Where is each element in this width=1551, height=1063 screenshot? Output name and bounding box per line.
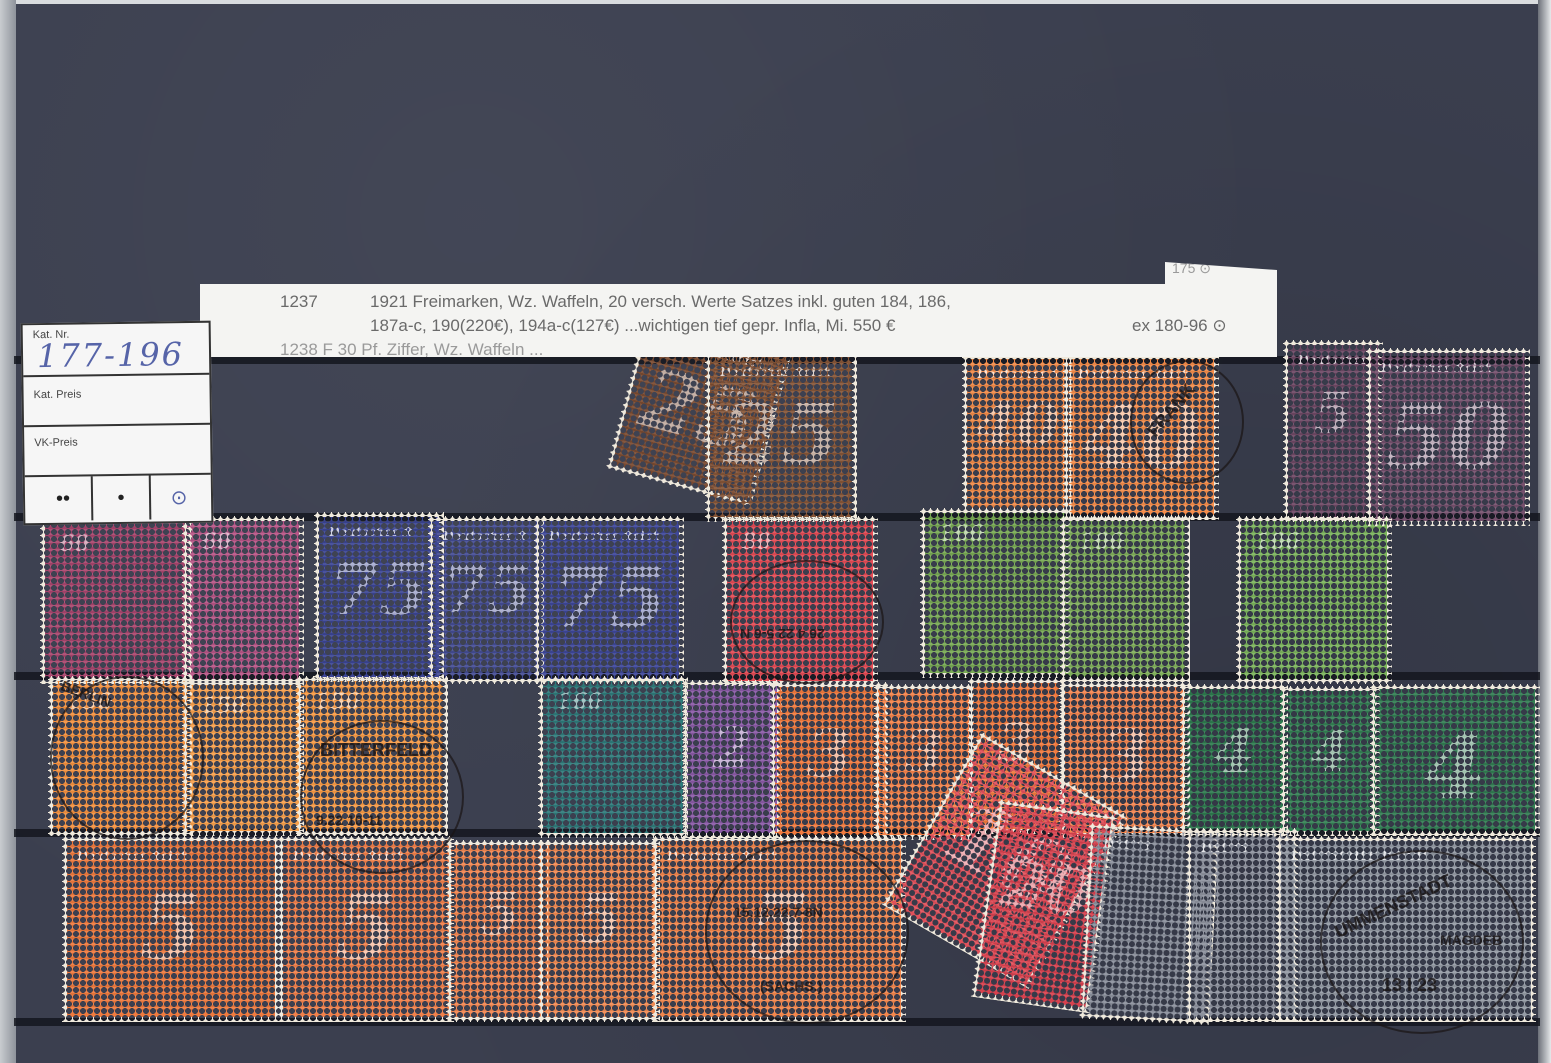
stamp-header: Deutsches R (443, 529, 531, 543)
stamp: 100 (920, 508, 1070, 678)
stamp: 2 (682, 680, 782, 838)
stamp: 150 (296, 676, 448, 836)
stamp-design: DEUTS (1195, 837, 1289, 1013)
stamp-design: 150 (57, 685, 183, 827)
stamp: Deutsches Reich40 (1063, 354, 1219, 520)
stamp: 5 (446, 840, 552, 1022)
lot-description-line-1: 1921 Freimarken, Wz. Waffeln, 20 versch.… (370, 292, 951, 312)
stamp-design: 2 (691, 689, 773, 829)
vk-preis-label: VK-Preis (34, 437, 78, 450)
stamp-value: 4 (1189, 723, 1279, 782)
stamp-design: 4 (1379, 693, 1531, 827)
stamp-header: Deutsches Reich (1381, 361, 1515, 375)
catalog-reference: ex 180-96 ⊙ (1132, 316, 1227, 336)
stamp-value: 100 (939, 523, 1061, 545)
stamp-value: 4 (1379, 722, 1531, 812)
stamp-design: 100 (1245, 525, 1383, 675)
stamp-header: Deutsches Reich (1078, 367, 1204, 381)
stamp-header: DEUTSCHES REICH (1291, 849, 1521, 863)
stamp-design: Deutsches Reich75 (543, 525, 675, 675)
stamp-value: 75 (437, 558, 537, 623)
vk-preis-row: VK-Preis (24, 425, 211, 478)
stamp-value: 80 (741, 531, 869, 553)
stamp-design: Deutsches Reich50 (1375, 357, 1521, 517)
stamp-header: Deutsches R (329, 525, 429, 539)
stamp: Deutsches Reich40 (962, 354, 1072, 522)
stamp-value: 100 (1079, 531, 1181, 553)
stamp-value: 75 (543, 558, 675, 641)
stamp-value: 5 (287, 882, 445, 972)
stamp-header: Deutsches Reich (667, 849, 891, 863)
stamp-value: 5 (661, 882, 897, 972)
stamp-design: 4 (1189, 693, 1279, 829)
stamp-design: 100 (1069, 525, 1181, 673)
stamp-value: 5 (547, 885, 651, 952)
stamp-design: Deutsches R75 (323, 521, 435, 673)
stamp: Deutsches Reich50 (1366, 348, 1530, 526)
stamp: Deutsches Reich5 (652, 836, 906, 1022)
stamp-value: 4 (1289, 724, 1371, 779)
stamp: DEUTSCHES REICH (1276, 836, 1536, 1022)
stamp-value: 5 (455, 885, 543, 943)
stamp-value: 2 (691, 720, 773, 775)
stamp-value: 40 (971, 396, 1063, 457)
stamp: 150 (182, 680, 304, 836)
stamp: Deutsches R75 (428, 516, 546, 684)
stamp: 100 (1060, 516, 1190, 682)
stamp-design: Deutsches5 (1292, 349, 1374, 513)
stamp-value: 150 (67, 691, 183, 713)
stamp: 60 (182, 516, 304, 684)
stamp-design: 60 (49, 527, 183, 675)
stamp-value: 160 (557, 691, 679, 713)
stamp-design: 150 (305, 685, 439, 827)
stamp-design: 160 (547, 685, 679, 829)
stamp: 4 (1280, 686, 1380, 836)
stamp-design: 100 (929, 517, 1061, 669)
stamp: 100 (1236, 516, 1392, 684)
condition-hinged: • (93, 476, 152, 521)
card-edge-right (1538, 0, 1551, 1063)
stamp-design: 150 (191, 689, 295, 827)
stamp-value: 3 (883, 723, 965, 778)
stamp: Deutsches R75 (314, 512, 444, 682)
condition-mint: •• (35, 476, 94, 521)
stamp: 4 (1180, 684, 1288, 838)
stamp: 80 (722, 516, 878, 686)
stamp-design: Deutsches R75 (437, 525, 537, 675)
stamp-design: Deutsches Reich40 (1072, 363, 1210, 511)
stamp-value: 3 (779, 722, 879, 787)
stamp-header: Deutsches (1298, 353, 1368, 367)
stamp-value: 150 (315, 691, 439, 713)
kat-nr-row: Kat. Nr. 177-196 (23, 323, 210, 378)
stamp-design: 60 (191, 525, 295, 675)
kat-nr-handwritten: 177-196 (37, 335, 184, 375)
stamp-design: DEUTSCHES REICH (1285, 845, 1527, 1013)
stamp-header: Deutsches Reich (977, 367, 1057, 381)
stamp-value: 3 (1069, 721, 1181, 793)
stamp-value: 40 (1072, 396, 1210, 482)
stamp-value: 5 (71, 882, 271, 972)
stamp-design: Deutsches Reich5 (71, 845, 271, 1013)
stamp-value: 25 (714, 394, 848, 478)
lot-number: 1237 (280, 292, 318, 312)
stamp-design: 80 (731, 525, 869, 677)
lot-description-line-2: 187a-c, 190(220€), 194a-c(127€) ...wicht… (370, 316, 895, 336)
stamp: 150 (48, 676, 192, 836)
stamp: 160 (538, 676, 688, 838)
stamp-value: 60 (59, 533, 183, 555)
stamp-header: DEUTS (1201, 841, 1283, 855)
stamp-header: Deutsches Reich (549, 529, 669, 543)
stamp-value: 60 (201, 531, 295, 553)
kat-preis-label: Kat. Preis (34, 388, 82, 401)
stamp-design: Deutsches Reich25 (714, 361, 848, 513)
stamp-design: Deutsches Reich5 (661, 845, 897, 1013)
stamp-value: 150 (201, 695, 295, 717)
stamp: 4 (1370, 684, 1540, 836)
stamp: 5 (538, 840, 660, 1022)
stamp-design: 4 (1289, 695, 1371, 827)
stamp-design: 5 (547, 849, 651, 1013)
price-card: Kat. Nr. 177-196 Kat. Preis VK-Preis •• … (21, 321, 214, 526)
stamp: 3 (770, 682, 888, 840)
stamp-design: Deutsches Reich40 (971, 363, 1063, 513)
stamp-design: 3 (779, 691, 879, 831)
stamp: Deutsches Reich75 (534, 516, 684, 684)
stamp-header: Deutsches Reich (293, 849, 439, 863)
stamp-value: 75 (323, 554, 435, 626)
stamp-header: Deutsches Reich (77, 849, 265, 863)
stamp-value: 50 (1375, 392, 1521, 482)
stamp-design: 5 (455, 849, 543, 1013)
stamp-value: 100 (1255, 531, 1383, 553)
card-edge-left (0, 0, 16, 1063)
stamp: Deutsches Reich25 (705, 352, 857, 522)
stamp-design: Deutsches Reich5 (287, 845, 445, 1013)
stamp: Deutsches Reich5 (62, 836, 280, 1022)
stamp-value: 5 (1292, 385, 1374, 440)
stamp: Deutsches Reich5 (278, 836, 454, 1022)
stamp-header: Deutsches Reich (720, 365, 842, 379)
stamp: 60 (40, 518, 192, 684)
kat-preis-row: Kat. Preis (23, 375, 210, 428)
condition-used: ⊙ (151, 475, 208, 520)
